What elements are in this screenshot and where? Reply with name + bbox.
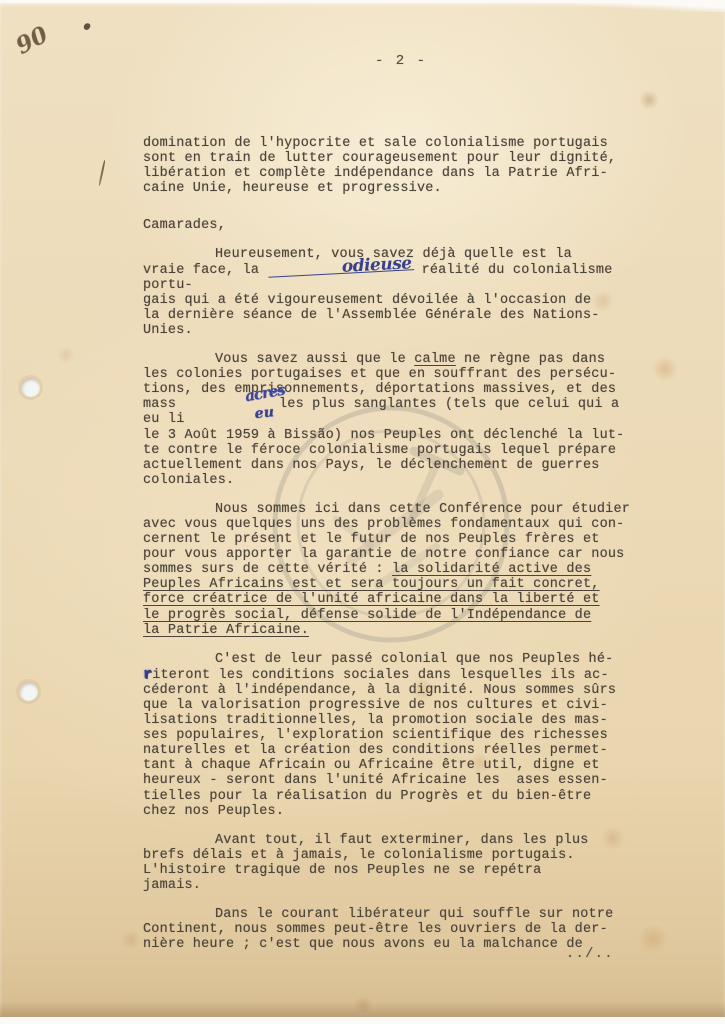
typed-text: Camarades,: [143, 218, 226, 233]
typed-text: Avant tout, il faut exterminer, dans les…: [143, 833, 589, 893]
paragraph: C'est de leur passé colonial que nos Peu…: [143, 652, 639, 819]
handwritten-correction: r: [143, 666, 152, 683]
handwritten-margin-number: 90: [12, 21, 53, 60]
paragraph: Nous sommes ici dans cette Conférence po…: [143, 502, 639, 638]
typed-text: Dans le courant libérateur qui souffle s…: [143, 907, 613, 952]
underlined-text: calme: [414, 352, 456, 367]
paragraph: Avant tout, il faut exterminer, dans les…: [143, 833, 639, 893]
paragraph: Vous savez aussi que le calme ne règne p…: [143, 352, 639, 488]
paragraph: domination de l'hypocrite et sale coloni…: [143, 136, 639, 196]
foxing-stain: [120, 931, 142, 949]
typed-text: domination de l'hypocrite et sale coloni…: [143, 136, 616, 196]
typed-text: iteront les conditions sociales dans les…: [143, 668, 616, 819]
foxing-stain: [636, 925, 670, 953]
paragraph: Camarades,: [143, 218, 639, 233]
paragraph: Dans le courant libérateur qui souffle s…: [143, 907, 639, 952]
page-number: - 2 -: [366, 53, 436, 69]
typed-text: Vous savez aussi que le: [215, 352, 414, 367]
foxing-stain: [56, 347, 76, 363]
ink-speck-icon: [83, 22, 91, 31]
foxing-stain: [638, 91, 660, 109]
torn-paper-edge: [575, 3, 725, 12]
handwritten-margin-tick: [98, 160, 106, 186]
typed-text: C'est de leur passé colonial que nos Peu…: [215, 652, 613, 667]
paragraph: Heureusement, vous savez déjà quelle est…: [143, 247, 639, 338]
punch-hole-bottom: [19, 682, 38, 701]
foxing-stain: [352, 997, 374, 1013]
continuation-mark: ../..: [566, 947, 614, 962]
typed-text: le 3 Août 1959 à Bissão) nos Peuples ont…: [143, 428, 624, 488]
foxing-stain: [650, 357, 680, 381]
document-page: 90 - 2 - domination de l'hypocrite et sa…: [0, 3, 725, 1017]
document-body: domination de l'hypocrite et sale coloni…: [143, 136, 639, 966]
handwritten-correction: eu: [182, 408, 274, 428]
punch-hole-top: [21, 378, 40, 397]
